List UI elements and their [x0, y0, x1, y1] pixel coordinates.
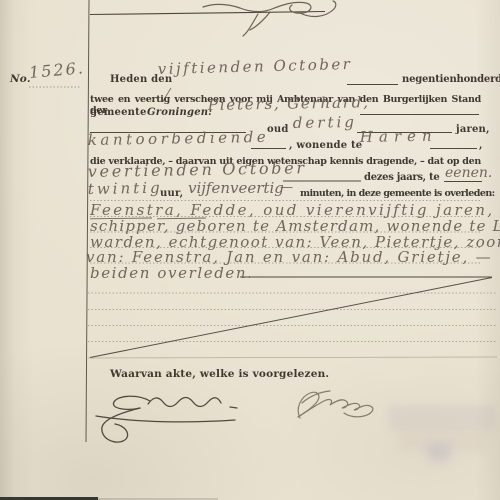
handwritten-death-hour-2: twintig [88, 179, 163, 198]
printed-trailing-comma: , [479, 140, 483, 151]
printed-jaren: jaren, [456, 124, 490, 135]
printed-minuten-overleden: minuten, in deze gemeente is overleden: [300, 188, 495, 199]
handwritten-declarant-name: Pieters, Gerhard, [208, 93, 370, 114]
handwritten-declarant-occupation: kantoorbediende [88, 128, 270, 149]
diagonal-strike [90, 278, 492, 358]
printed-dezes-jaars: dezes jaars, te [364, 172, 439, 183]
printed-wonende-te: , wonende te [289, 140, 362, 151]
signature-declarant [298, 391, 373, 418]
empty-section-last-rule [88, 357, 497, 358]
handwritten-deceased-line5: beiden overleden. [90, 264, 254, 282]
printed-negentienhonderd: negentienhonderd [402, 74, 500, 85]
handwritten-dash: — [280, 180, 293, 195]
signature-registrar [96, 396, 237, 442]
handwritten-death-date: veertienden October [88, 158, 307, 181]
printed-gemeente: gemeente [90, 107, 147, 118]
handwritten-death-minutes: vijfenveertig [188, 179, 284, 197]
printed-uur: uur, [160, 188, 183, 199]
printed-gemeente-name: Groningen: [147, 107, 212, 118]
death-certificate-scan: No. 1526. Heden den vijftienden October … [0, 0, 500, 500]
handwritten-death-hour-1: eenen. [445, 165, 492, 181]
handwritten-declarant-age: dertig [293, 113, 357, 132]
left-margin-rule [86, 0, 89, 442]
printed-oud: oud [267, 124, 289, 135]
printed-closing-line: Waarvan akte, welke is voorgelezen. [110, 369, 329, 380]
previous-act-signature [203, 1, 336, 36]
act-number-label: No. [10, 74, 31, 85]
top-rule [90, 12, 325, 15]
handwritten-declarant-residence: Haren [360, 127, 438, 146]
